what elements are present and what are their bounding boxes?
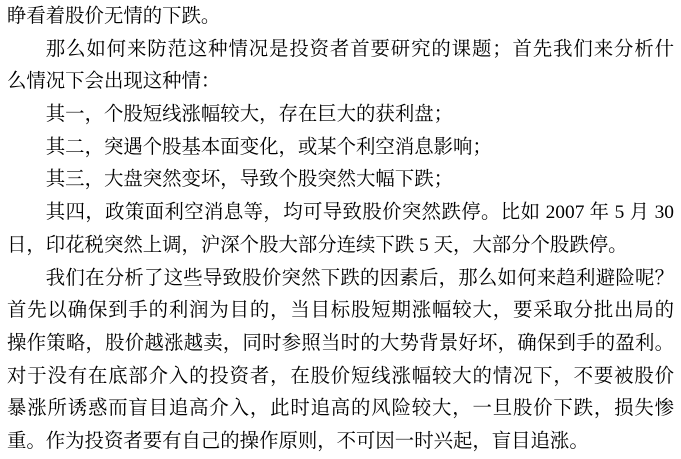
text-line: 其三，大盘突然变坏，导致个股突然大幅下跌； [7,164,674,197]
text-line: 么情况下会出现这种情： [7,66,674,99]
text-line: 其四，政策面利空消息等，均可导致股价突然跌停。比如 2007 年 5 月 30 [7,197,674,230]
text-line: 其二，突遇个股基本面变化，或某个利空消息影响； [7,132,674,165]
text-line: 对于没有在底部介入的投资者，在股价短线涨幅较大的情况下，不要被股价 [7,361,674,394]
text-line: 我们在分析了这些导致股价突然下跌的因素后，那么如何来趋利避险呢？ [7,263,674,296]
text-line: 其一，个股短线涨幅较大，存在巨大的获利盘； [7,99,674,132]
text-line: 那么如何来防范这种情况是投资者首要研究的课题；首先我们来分析什 [7,34,674,67]
text-line: 重。作为投资者要有自己的操作原则，不可因一时兴起，盲目追涨。 [7,426,674,459]
text-line: 首先以确保到手的利润为目的，当目标股短期涨幅较大，要采取分批出局的 [7,295,674,328]
text-line: 暴涨所诱惑而盲目追高介入，此时追高的风险较大，一旦股价下跌，损失惨 [7,393,674,426]
text-line: 睁看着股价无情的下跌。 [7,1,674,34]
document-background: { "page": { "background": "#ffffff", "te… [0,0,681,459]
text-line: 操作策略，股价越涨越卖，同时参照当时的大势背景好坏，确保到手的盈利。 [7,328,674,361]
document-page: 睁看着股价无情的下跌。那么如何来防范这种情况是投资者首要研究的课题；首先我们来分… [7,1,674,459]
text-line: 日，印花税突然上调，沪深个股大部分连续下跌 5 天，大部分个股跌停。 [7,230,674,263]
